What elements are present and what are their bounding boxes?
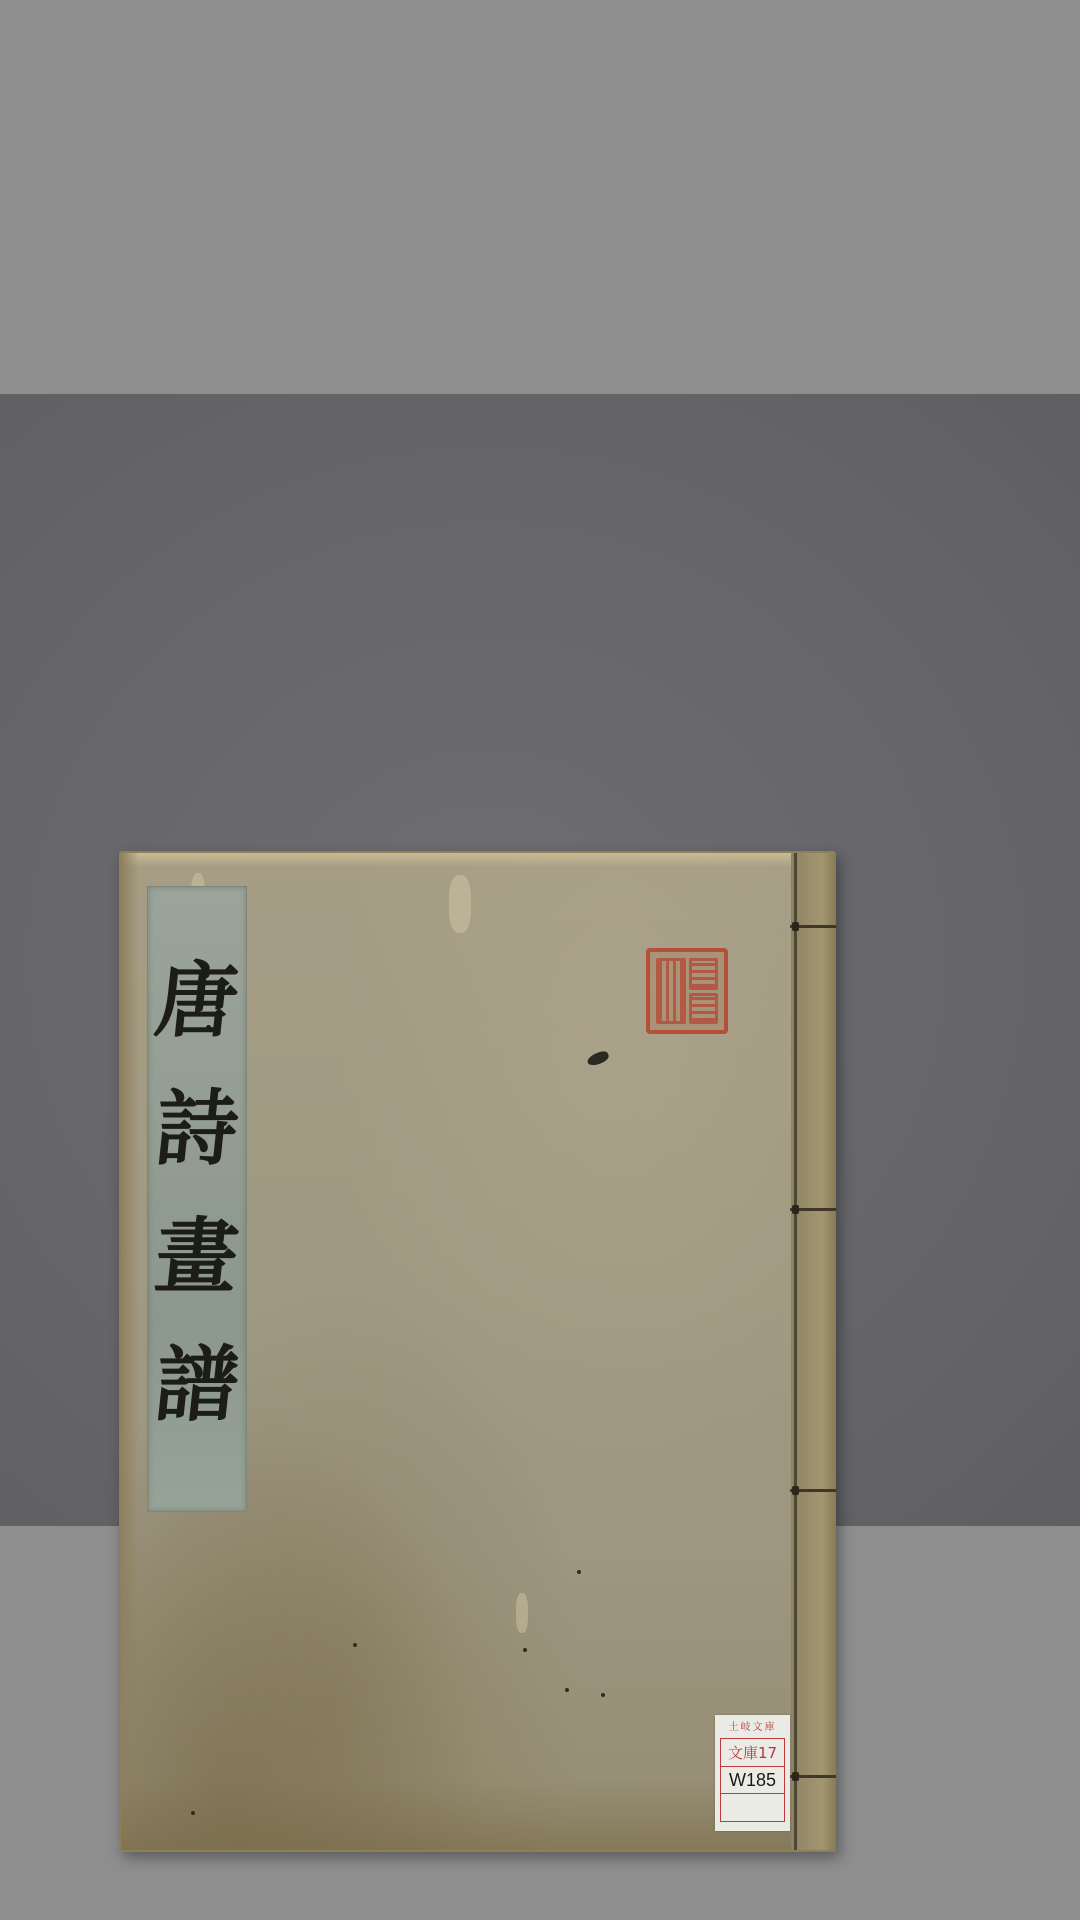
library-label: 土岐文庫 文庫17 W185 [715, 1715, 790, 1831]
speck [523, 1648, 527, 1652]
title-character: 唐 [149, 937, 244, 1065]
seal-glyph [656, 958, 686, 1024]
ink-blot [586, 1050, 610, 1068]
red-seal-stamp [646, 948, 728, 1034]
punctuation-dot [206, 1025, 211, 1030]
book-cover: 唐 詩 畫 譜 土岐文庫 文庫17 [119, 851, 836, 1852]
speck [353, 1643, 357, 1647]
seal-glyph [689, 993, 719, 1025]
stitch [790, 1208, 836, 1211]
top-edge-wear [121, 853, 834, 867]
call-number: W185 [729, 1770, 776, 1791]
title-character: 詩 [149, 1065, 244, 1193]
title-character: 畫 [149, 1193, 244, 1321]
binding-spine [791, 853, 836, 1850]
label-row-blank [721, 1794, 784, 1821]
left-edge-wear [121, 853, 139, 1850]
binding-thread [794, 853, 797, 1850]
speck [565, 1688, 569, 1692]
label-row-callno: W185 [721, 1767, 784, 1795]
library-name: 土岐文庫 [720, 1721, 785, 1735]
stitch [790, 1775, 836, 1778]
photo-backdrop: 唐 詩 畫 譜 土岐文庫 文庫17 [0, 394, 1080, 1526]
stitch [790, 1489, 836, 1492]
speck [577, 1570, 581, 1574]
label-frame: 文庫17 W185 [720, 1738, 785, 1822]
title-slip: 唐 詩 畫 譜 [147, 886, 247, 1512]
collection-number: 文庫17 [728, 1742, 777, 1763]
speck [191, 1811, 195, 1815]
seal-glyph [689, 958, 719, 990]
water-stain [516, 1593, 528, 1633]
water-stain [449, 875, 471, 933]
stitch [790, 925, 836, 928]
title-character: 譜 [149, 1321, 244, 1449]
label-row-collection: 文庫17 [721, 1739, 784, 1767]
speck [601, 1693, 605, 1697]
